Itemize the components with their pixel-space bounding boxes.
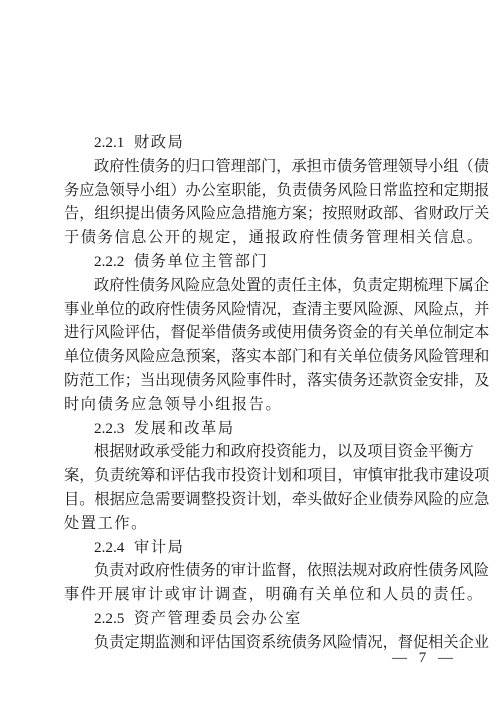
document-page: 2.2.1财政局 政府性债务的归口管理部门，承担市债务管理领导小组（债 务应急领…: [64, 131, 440, 655]
section-number: 2.2.1: [94, 131, 134, 155]
paragraph-line: 于债务信息公开的规定，通报政府性债务管理相关信息。: [64, 226, 440, 250]
section-number: 2.2.4: [94, 536, 134, 560]
section-heading-2-2-5: 2.2.5资产管理委员会办公室: [64, 607, 440, 631]
page-number: — 7 —: [392, 650, 457, 667]
section-title: 审计局: [134, 538, 184, 556]
paragraph-line: 处置工作。: [64, 512, 440, 536]
paragraph-line: 负责对政府性债务的审计监督，依照法规对政府性债务风险: [64, 559, 440, 583]
paragraph-line: 务应急领导小组）办公室职能，负责债务风险日常监控和定期报: [64, 179, 440, 203]
section-title: 债务单位主管部门: [134, 252, 268, 270]
paragraph-line: 负责定期监测和评估国资系统债务风险情况，督促相关企业: [64, 631, 440, 655]
section-title: 发展和改革局: [134, 419, 235, 437]
section-title: 财政局: [134, 133, 184, 151]
paragraph-line: 防范工作；当出现债务风险事件时，落实债务还款资金安排，及: [64, 369, 440, 393]
paragraph-line: 时向债务应急领导小组报告。: [64, 393, 440, 417]
section-heading-2-2-2: 2.2.2债务单位主管部门: [64, 250, 440, 274]
paragraph-line: 事业单位的政府性债务风险情况，查清主要风险源、风险点，并: [64, 298, 440, 322]
section-heading-2-2-3: 2.2.3发展和改革局: [64, 417, 440, 441]
section-title: 资产管理委员会办公室: [134, 609, 302, 627]
paragraph-line: 案，负责统筹和评估我市投资计划和项目，审慎审批我市建设项: [64, 464, 440, 488]
paragraph-line: 单位债务风险应急预案，落实本部门和有关单位债务风险管理和: [64, 345, 440, 369]
paragraph-line: 事件开展审计或审计调查，明确有关单位和人员的责任。: [64, 583, 440, 607]
section-number: 2.2.5: [94, 607, 134, 631]
paragraph-line: 告，组织提出债务风险应急措施方案；按照财政部、省财政厅关: [64, 202, 440, 226]
paragraph-line: 政府性债务的归口管理部门，承担市债务管理领导小组（债: [64, 155, 440, 179]
section-number: 2.2.3: [94, 417, 134, 441]
paragraph-line: 根据财政承受能力和政府投资能力，以及项目资金平衡方: [64, 440, 440, 464]
paragraph-line: 政府性债务风险应急处置的责任主体，负责定期梳理下属企: [64, 274, 440, 298]
section-number: 2.2.2: [94, 250, 134, 274]
paragraph-line: 进行风险评估，督促举借债务或使用债务资金的有关单位制定本: [64, 321, 440, 345]
section-heading-2-2-1: 2.2.1财政局: [64, 131, 440, 155]
paragraph-line: 目。根据应急需要调整投资计划，牵头做好企业债券风险的应急: [64, 488, 440, 512]
section-heading-2-2-4: 2.2.4审计局: [64, 536, 440, 560]
